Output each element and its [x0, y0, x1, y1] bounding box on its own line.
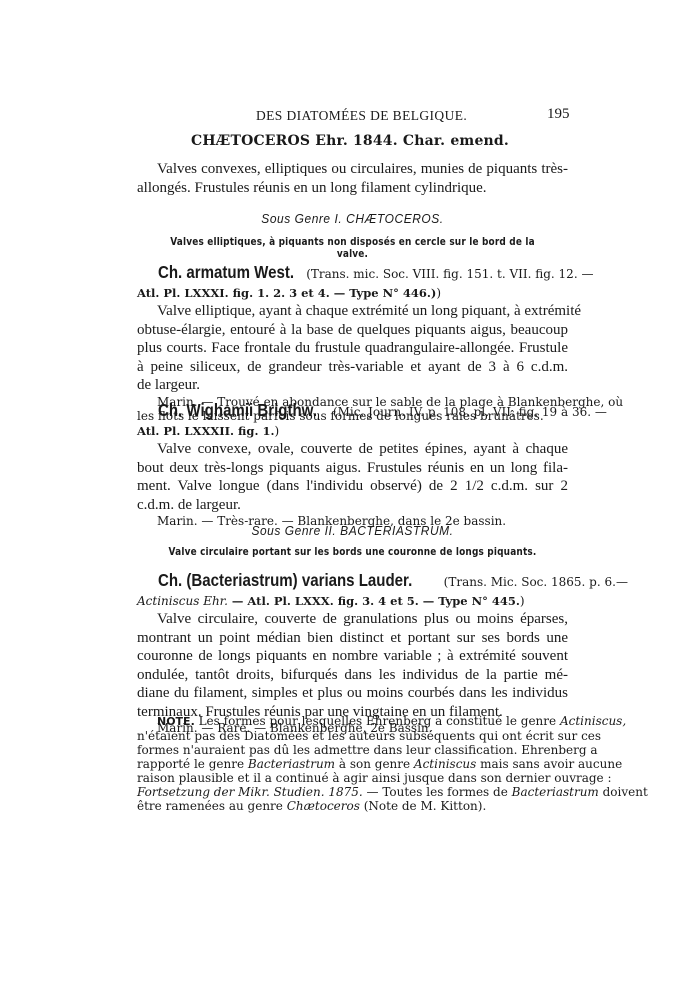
text-line: formes n'auraient pas dû les admettre da…	[137, 743, 568, 757]
species-reference: (Mic. Journ. IV. p. 108. pl. VII. fig. 1…	[333, 405, 607, 419]
text-line: c.d.m. de largeur.	[137, 496, 568, 515]
genus-title: CHÆTOCEROS Ehr. 1844. Char. emend.	[0, 133, 700, 149]
text-line: ment. Valve longue (dans l'individu obse…	[137, 477, 568, 496]
subgenus-2-description: Valve circulaire portant sur les bords u…	[167, 546, 538, 558]
note-block: NOTE. Les formes pour lesquelles Ehrenbe…	[137, 714, 568, 813]
species-reference-line2: Actiniscus Ehr. — Atl. Pl. LXXX. fig. 3.…	[137, 593, 568, 609]
species-name: Ch. armatum West.	[158, 262, 294, 283]
species-heading: Ch. (Bacteriastrum) varians Lauder. (Tra…	[137, 570, 568, 593]
species-description: Valve circulaire, couverte de granulatio…	[137, 610, 568, 721]
text-line: diane du filament, simples et plus ou mo…	[137, 684, 568, 703]
text-line: à peine siliceux, de grandeur très-varia…	[137, 358, 568, 377]
text-line: ondulée, tantôt droits, bifurqués dans l…	[137, 666, 568, 685]
text-line: obtuse-élargie, entouré à la base de que…	[137, 321, 568, 340]
text-line: Valve circulaire, couverte de granulatio…	[137, 610, 568, 629]
text-line: Valve convexe, ovale, couverte de petite…	[137, 440, 568, 459]
text-line: Valves convexes, elliptiques ou circulai…	[137, 160, 568, 179]
species-name: Ch. Wighamii Brigthw.	[158, 400, 317, 421]
text-line: couronne de longs piquants en nombre var…	[137, 647, 568, 666]
text-line: bout deux très-longs piquants aigus. Fru…	[137, 459, 568, 478]
species-description: Valve elliptique, ayant à chaque extrémi…	[137, 302, 568, 395]
subgenus-2-title: Sous Genre II. BACTERIASTRUM.	[154, 523, 551, 538]
species-description: Valve convexe, ovale, couverte de petite…	[137, 440, 568, 514]
page-number: 195	[547, 106, 570, 123]
text-line: n'étaient pas des Diatomées et les auteu…	[137, 729, 568, 743]
species-entry-wighamii: Ch. Wighamii Brigthw. (Mic. Journ. IV. p…	[137, 400, 568, 528]
species-heading: Ch. armatum West. (Trans. mic. Soc. VIII…	[137, 262, 568, 285]
text-line: plus courts. Face frontale du frustule q…	[137, 339, 568, 358]
text-line: rapporté le genre Bacteriastrum à son ge…	[137, 757, 568, 771]
text-line: raison plausible et il a continué à agir…	[137, 771, 568, 785]
text-line: Valve elliptique, ayant à chaque extrémi…	[137, 302, 568, 321]
text-line: de largeur.	[137, 376, 568, 395]
text-line: être ramenées au genre Chætoceros (Note …	[137, 799, 568, 813]
species-name: Ch. (Bacteriastrum) varians Lauder.	[158, 570, 412, 591]
document-page: DES DIATOMÉES DE BELGIQUE. 195 CHÆTOCERO…	[0, 0, 700, 993]
species-reference: (Trans. Mic. Soc. 1865. p. 6.—	[444, 575, 628, 589]
text-line: NOTE. Les formes pour lesquelles Ehrenbe…	[137, 714, 568, 729]
note-label: NOTE.	[157, 715, 195, 728]
species-reference-line2: Atl. Pl. LXXXII. fig. 1.)	[137, 423, 568, 439]
subgenus-1-title: Sous Genre I. CHÆTOCEROS.	[154, 211, 551, 226]
species-entry-armatum: Ch. armatum West. (Trans. mic. Soc. VIII…	[137, 262, 568, 423]
species-heading: Ch. Wighamii Brigthw. (Mic. Journ. IV. p…	[137, 400, 568, 423]
species-reference-line2: Atl. Pl. LXXXI. fig. 1. 2. 3 et 4. — Typ…	[137, 285, 568, 301]
genus-description: Valves convexes, elliptiques ou circulai…	[137, 160, 568, 197]
species-entry-varians: Ch. (Bacteriastrum) varians Lauder. (Tra…	[137, 570, 568, 735]
subgenus-1-description: Valves elliptiques, à piquants non dispo…	[167, 236, 538, 260]
text-line: Fortsetzung der Mikr. Studien. 1875. — T…	[137, 785, 568, 799]
text-line: allongés. Frustules réunis en un long fi…	[137, 179, 568, 198]
text-line: montrant un point médian bien distinct e…	[137, 629, 568, 648]
running-head: DES DIATOMÉES DE BELGIQUE.	[256, 108, 467, 124]
species-reference: (Trans. mic. Soc. VIII. fig. 151. t. VII…	[306, 267, 593, 281]
